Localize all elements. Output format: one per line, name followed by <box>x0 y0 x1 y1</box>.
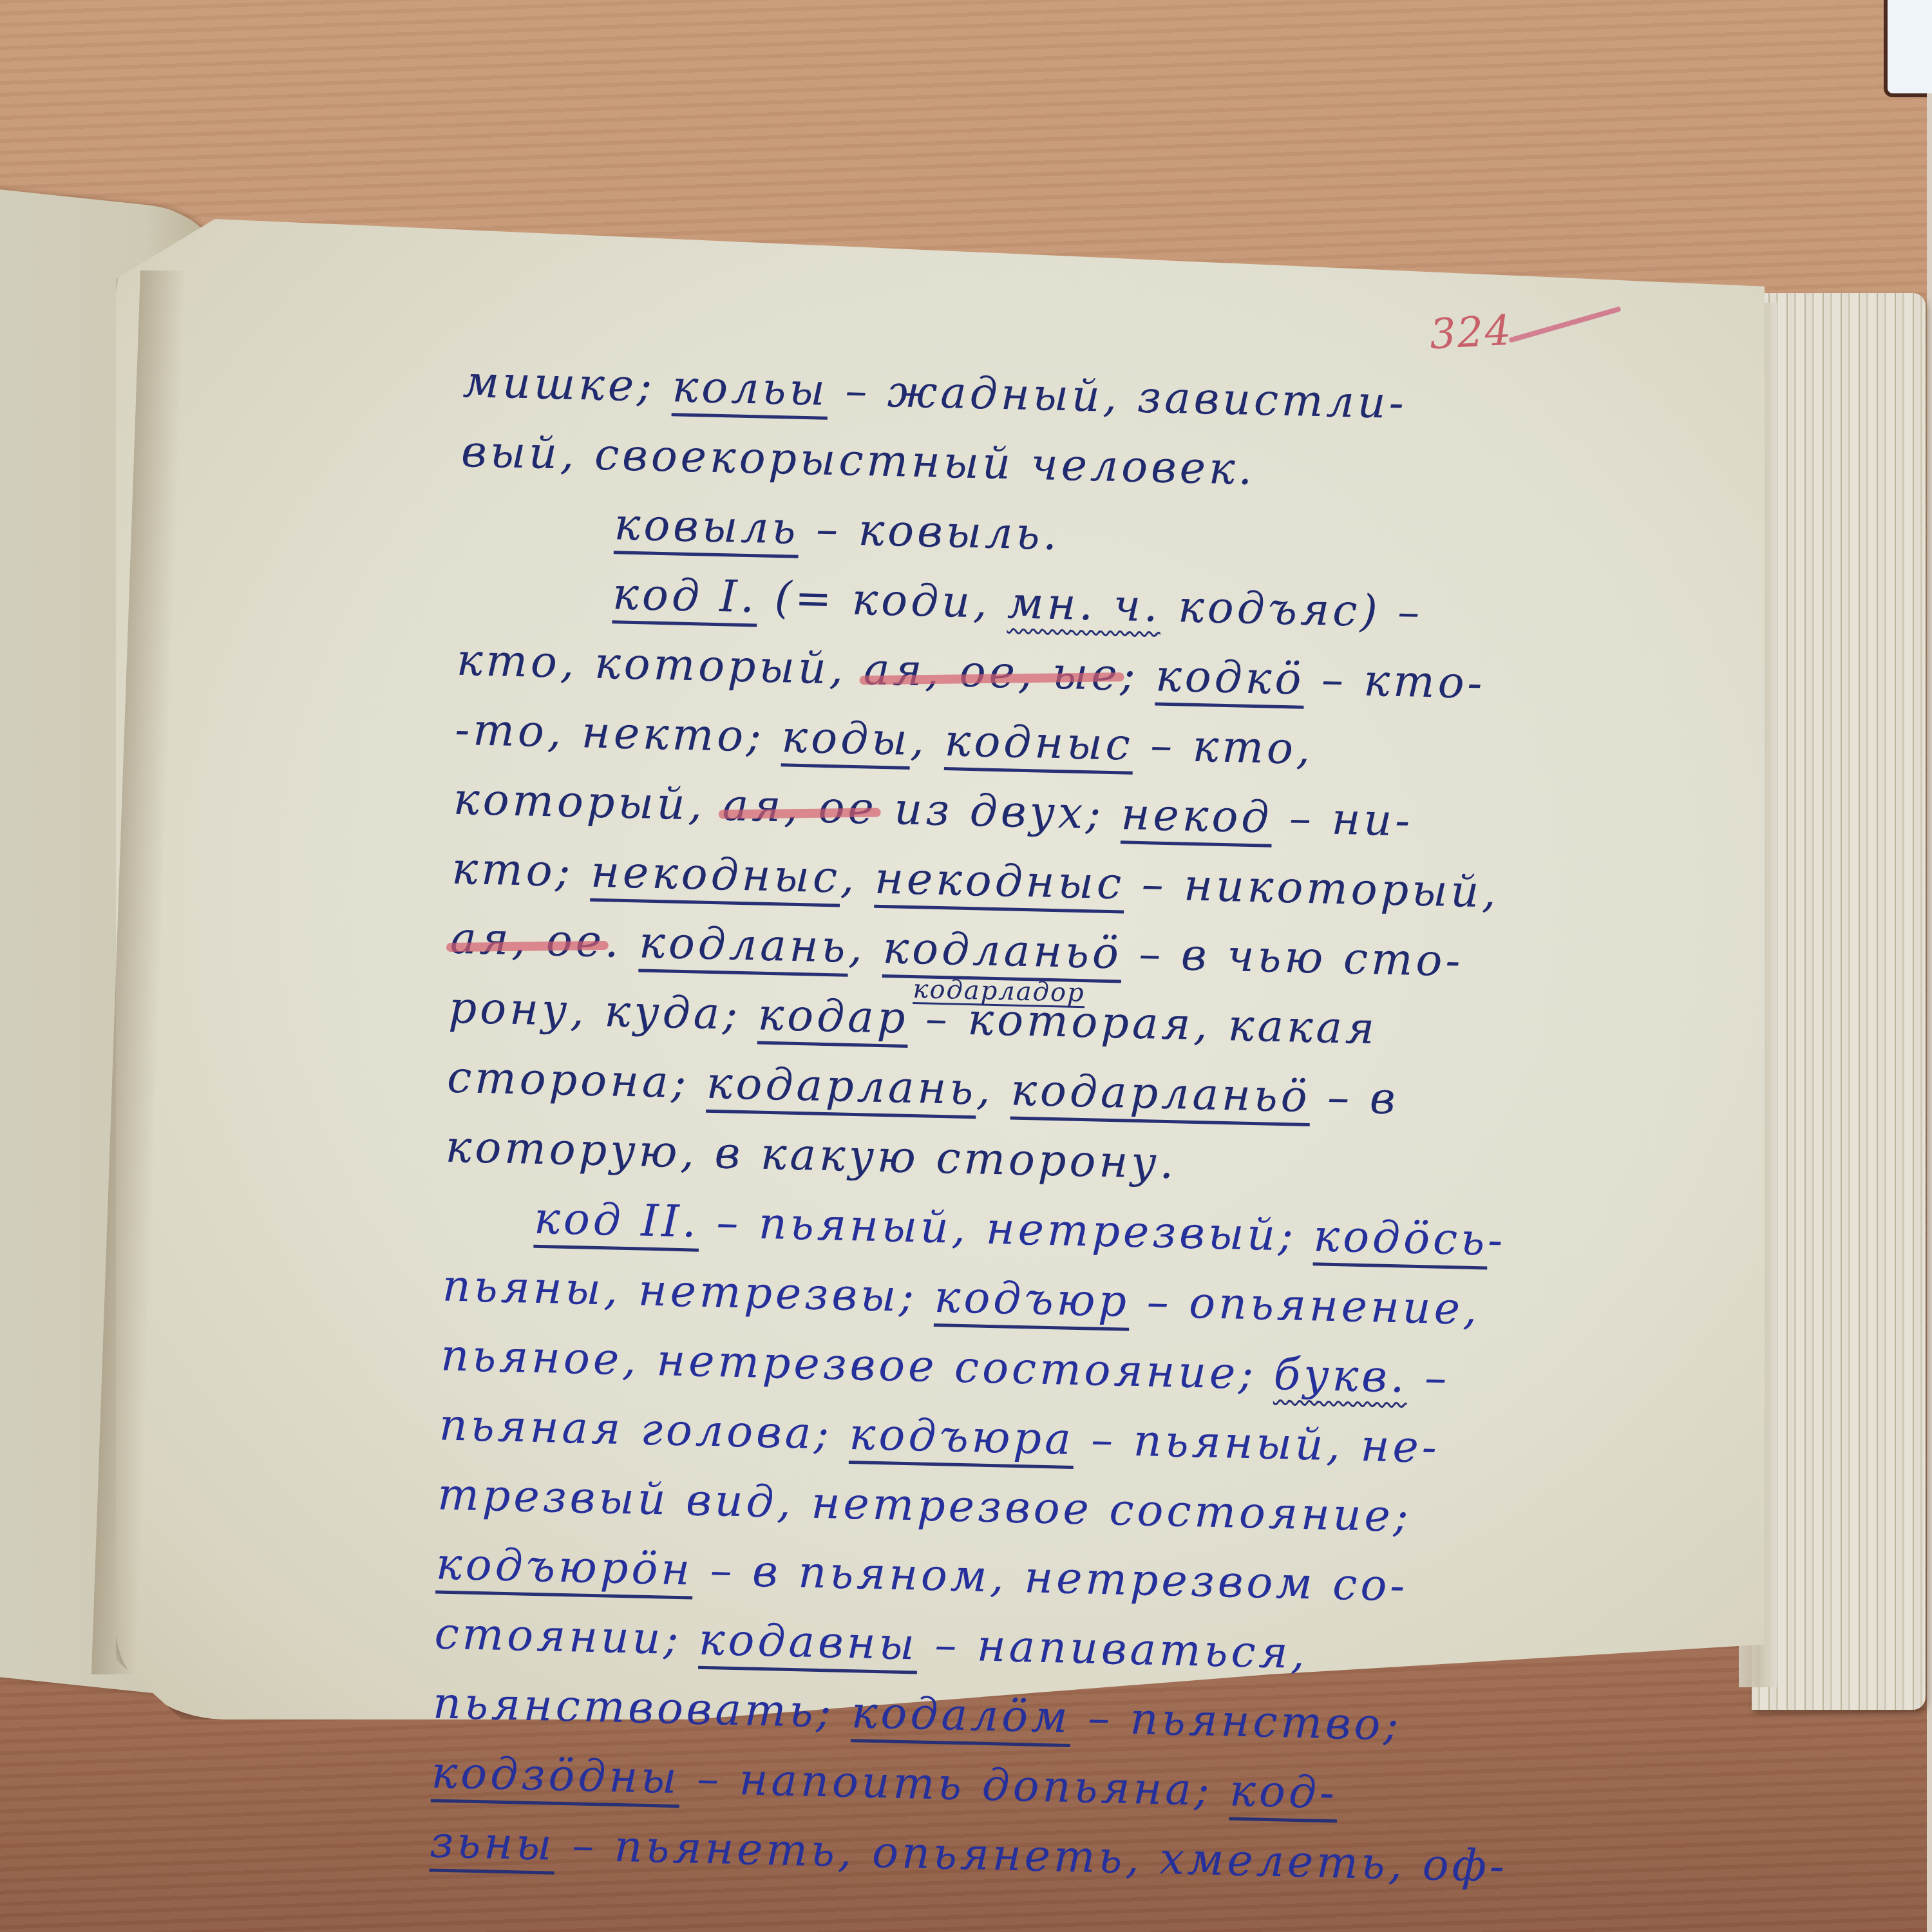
headword: некодныс <box>874 853 1125 910</box>
struck-out-text: ая, ое, ые <box>863 635 1121 710</box>
headword: кодалöм <box>851 1687 1072 1743</box>
text-fragment: ; <box>1120 650 1156 701</box>
text-fragment: – жадный, завистли- <box>828 365 1408 429</box>
image-edge-strip <box>1927 93 1932 1932</box>
headword: кодъюр <box>934 1272 1130 1327</box>
text-fragment: – пьянеть, опьянеть, хмелеть, оф- <box>554 1820 1508 1893</box>
headword: кодзöдны <box>431 1747 681 1804</box>
page-number: 324 <box>1428 307 1513 359</box>
text-fragment: из двух; <box>876 784 1122 840</box>
text-fragment: кто; <box>451 844 591 898</box>
text-fragment: – напоить допьяна; <box>679 1753 1231 1816</box>
text-fragment: , <box>910 715 945 766</box>
abbreviation: букв. <box>1273 1349 1408 1403</box>
handwritten-dictionary-text: мишке; кольы – жадный, завистли-вый, сво… <box>429 348 1745 1907</box>
struck-out-text: ая, ое <box>450 904 605 977</box>
text-fragment: сторона; <box>446 1052 707 1109</box>
text-fragment: -то, некто; <box>455 705 782 762</box>
text-fragment: – кто, <box>1133 720 1314 775</box>
text-fragment: , <box>840 852 875 904</box>
text-fragment: мишке; <box>462 357 673 412</box>
text-fragment: вый, своекорыстный человек. <box>460 426 1256 495</box>
headword: некодныс <box>590 847 841 904</box>
text-fragment: кодъяс) – <box>1160 582 1424 638</box>
text-fragment: – ковыль. <box>799 504 1061 560</box>
text-fragment: – в <box>1310 1072 1399 1124</box>
text-fragment: кто, который, <box>456 635 864 695</box>
white-card-corner <box>1884 0 1932 97</box>
text-fragment: – пьяный, нетрезвый; <box>699 1197 1314 1262</box>
headword: кодкö <box>1155 651 1305 705</box>
headword: код- <box>1229 1766 1338 1819</box>
text-fragment: - <box>1487 1215 1506 1266</box>
headword: кодавны <box>698 1615 918 1671</box>
text-fragment: – опьянение, <box>1129 1276 1481 1335</box>
headword: ковыль <box>614 499 800 554</box>
headword: кодъюра <box>849 1409 1075 1465</box>
text-fragment: который, <box>453 774 723 831</box>
headword: кодныс <box>944 715 1134 771</box>
interlinear-insertion: кодарладор <box>913 976 1085 1008</box>
headword: кольы <box>672 361 829 415</box>
headword: некод <box>1121 789 1273 843</box>
text-fragment: – в пьяном, нетрезвом со- <box>692 1545 1408 1612</box>
text-fragment: стоянии; <box>434 1608 699 1665</box>
text-fragment: , <box>848 922 884 974</box>
headword: кодарланьö <box>1010 1065 1311 1123</box>
text-fragment: пьяное, нетрезвое состояние; <box>440 1331 1274 1400</box>
headword: зьны <box>429 1817 555 1870</box>
text-fragment: – пьянство; <box>1070 1692 1403 1751</box>
text-fragment: – кто- <box>1304 654 1486 709</box>
abbreviation: мн. ч. <box>1007 578 1161 632</box>
struck-out-text: ая, ое <box>722 771 878 844</box>
text-fragment: пьяны, нетрезвы; <box>442 1261 935 1323</box>
headword: кодланьö <box>882 923 1122 979</box>
headword: кодлань <box>638 917 849 972</box>
text-fragment: – пьяный, не- <box>1074 1414 1441 1473</box>
headword: код II. <box>533 1193 699 1248</box>
text-fragment: пьяная голова; <box>439 1400 850 1460</box>
text-fragment: – <box>1407 1352 1450 1404</box>
text-fragment: – никоторый, <box>1124 859 1500 918</box>
text-fragment: – ни- <box>1272 793 1414 847</box>
text-fragment: – в чью сто- <box>1121 928 1464 987</box>
text-fragment: трезвый вид, нетрезвое состояние; <box>437 1470 1412 1542</box>
text-fragment: , <box>976 1064 1011 1115</box>
text-fragment: (= коди, <box>757 572 1008 629</box>
headword: кодъюрöн <box>435 1539 694 1596</box>
headword: коды <box>781 712 911 766</box>
headword: код I. <box>612 569 757 623</box>
headword: кодар <box>757 990 909 1044</box>
headword: кодöсь <box>1313 1211 1488 1265</box>
text-fragment: – напиваться, <box>917 1620 1309 1680</box>
text-fragment: . <box>604 916 639 968</box>
text-fragment: рону, куда; <box>448 983 759 1041</box>
text-fragment: пьянствовать; <box>432 1678 851 1738</box>
book-page-stack <box>1752 293 1926 1710</box>
headword: кодарлань <box>706 1058 977 1115</box>
text-fragment: которую, в какую сторону. <box>445 1122 1177 1189</box>
